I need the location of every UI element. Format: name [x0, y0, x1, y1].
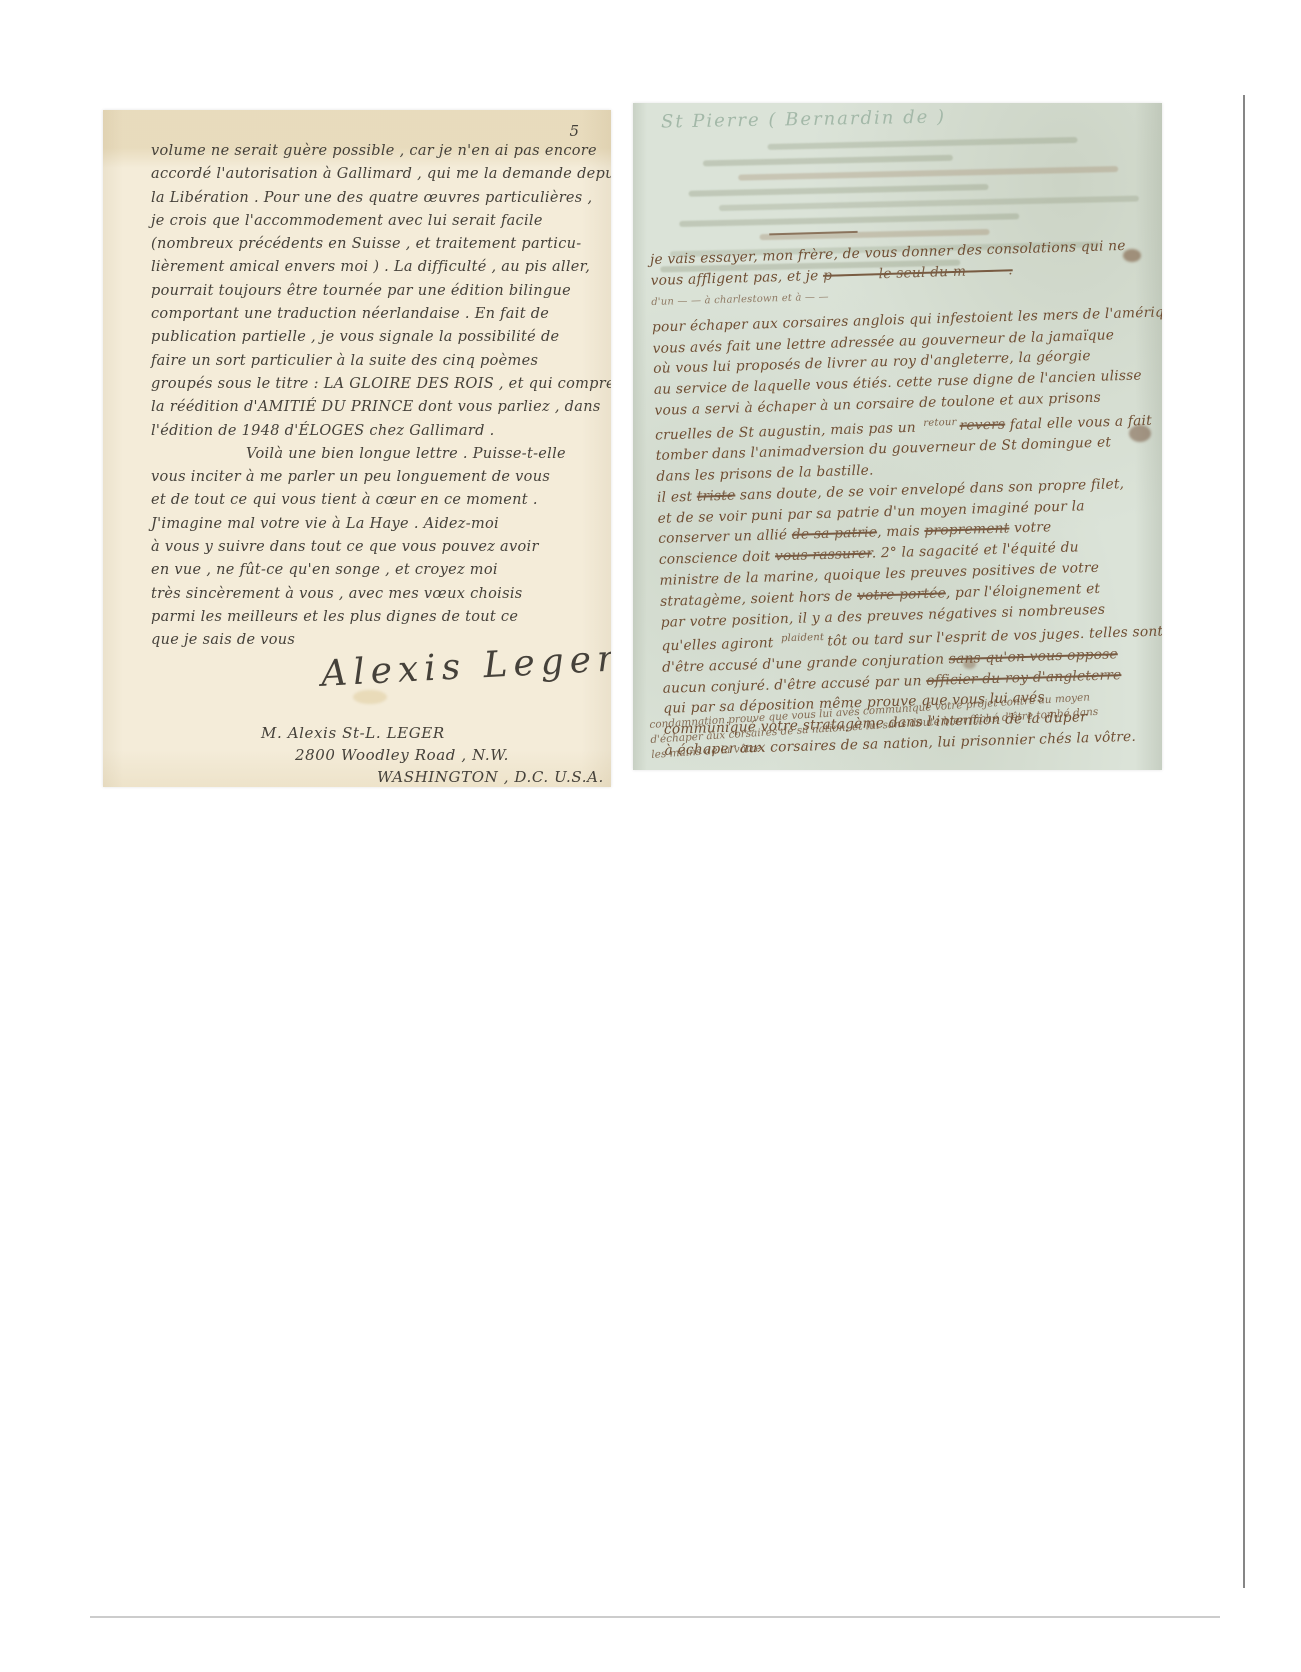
manuscript-line: comportant une traduction néerlandaise .…	[151, 303, 603, 326]
scanned-letters-page: { "colors": { "page_bg": "#ffffff", "pap…	[0, 0, 1301, 1672]
manuscript-line: 2800 Woodley Road , N.W.	[295, 744, 604, 766]
manuscript-text-segment: je crois que l'accommodement avec lui se…	[151, 213, 543, 229]
manuscript-line: WASHINGTON , D.C. U.S.A.	[377, 766, 604, 787]
manuscript-line: en vue , ne fût-ce qu'en songe , et croy…	[151, 559, 603, 582]
manuscript-text-segment: retour	[923, 417, 956, 429]
manuscript-text-segment: revers	[959, 417, 1005, 434]
manuscript-left-page: 5 volume ne serait guère possible , car …	[103, 110, 611, 787]
manuscript-text-segment: et de tout ce qui vous tient à cœur en c…	[151, 492, 538, 508]
manuscript-text-segment: d'un — — à charlestown et à — —	[651, 292, 829, 308]
paper-stain	[353, 690, 387, 704]
manuscript-text-segment: p——— le seul du m———.	[823, 262, 1013, 284]
manuscript-line: pourrait toujours être tournée par une é…	[151, 280, 603, 303]
manuscript-text-segment: triste	[697, 487, 736, 504]
horizontal-divider-line	[90, 1616, 1220, 1618]
ink-stain	[963, 659, 976, 669]
manuscript-text-segment: M. Alexis St-L. LEGER	[261, 724, 445, 742]
bleedthrough-line	[738, 166, 1118, 181]
manuscript-text-segment: il est	[657, 488, 697, 505]
manuscript-line: parmi les meilleurs et les plus dignes d…	[151, 606, 603, 629]
manuscript-text-segment: , par l'éloignement et	[946, 581, 1101, 602]
manuscript-text-segment: J'imagine mal votre vie à La Haye . Aide…	[151, 516, 499, 532]
manuscript-text-segment: que je sais de vous	[151, 632, 295, 648]
manuscript-text-segment: qu'elles agiront	[661, 635, 778, 654]
manuscript-line: la Libération . Pour une des quatre œuvr…	[151, 187, 603, 210]
manuscript-text-segment: WASHINGTON , D.C. U.S.A.	[377, 768, 604, 786]
manuscript-text-segment: la Libération . Pour une des quatre œuvr…	[151, 190, 592, 206]
bleedthrough-line	[768, 137, 1078, 150]
manuscript-line: je crois que l'accommodement avec lui se…	[151, 210, 603, 233]
manuscript-line: accordé l'autorisation à Gallimard , qui…	[151, 163, 603, 186]
manuscript-text-segment: votre portée	[857, 585, 946, 604]
manuscript-text-segment: la réédition d'AMITIÉ DU PRINCE dont vou…	[151, 399, 601, 415]
manuscript-text-segment: vous rassurer	[775, 546, 872, 565]
manuscript-text-segment: très sincèrement à vous , avec mes vœux …	[151, 586, 523, 602]
manuscript-line: publication partielle , je vous signale …	[151, 326, 603, 349]
manuscript-text-segment: conserver un allié	[658, 527, 792, 547]
manuscript-text-segment: volume ne serait guère possible , car je…	[151, 143, 597, 159]
manuscript-text-segment: vous inciter à me parler un peu longueme…	[151, 469, 550, 485]
manuscript-text-segment: 2800 Woodley Road , N.W.	[295, 746, 509, 764]
left-letter-text-block: volume ne serait guère possible , car je…	[151, 140, 603, 653]
manuscript-text-segment: publication partielle , je vous signale …	[151, 329, 559, 345]
manuscript-text-segment: en vue , ne fût-ce qu'en songe , et croy…	[151, 562, 498, 578]
sender-address-block: M. Alexis St-L. LEGER2800 Woodley Road ,…	[261, 722, 604, 787]
manuscript-line: volume ne serait guère possible , car je…	[151, 140, 603, 163]
manuscript-text-segment: officier du roy d'angleterre	[926, 667, 1122, 689]
manuscript-line: à vous y suivre dans tout ce que vous po…	[151, 536, 603, 559]
ink-stain	[1123, 249, 1141, 262]
manuscript-line: J'imagine mal votre vie à La Haye . Aide…	[151, 513, 603, 536]
manuscript-text-segment: , mais	[877, 523, 925, 540]
ink-stain	[1129, 425, 1151, 442]
manuscript-text-segment: votre	[1009, 520, 1051, 537]
manuscript-right-page: St Pierre ( Bernardin de ) — ——— ————je …	[633, 103, 1162, 770]
manuscript-text-segment: plaident	[781, 632, 824, 644]
manuscript-line: et de tout ce qui vous tient à cœur en c…	[151, 489, 603, 512]
manuscript-line: M. Alexis St-L. LEGER	[261, 722, 604, 744]
manuscript-line: vous inciter à me parler un peu longueme…	[151, 466, 603, 489]
manuscript-line: Voilà une bien longue lettre . Puisse-t-…	[151, 443, 603, 466]
manuscript-line: (nombreux précédents en Suisse , et trai…	[151, 233, 603, 256]
manuscript-text-segment: groupés sous le titre : LA GLOIRE DES RO…	[151, 376, 611, 392]
manuscript-text-segment: accordé l'autorisation à Gallimard , qui…	[151, 166, 611, 182]
bleedthrough-line	[689, 184, 989, 197]
manuscript-text-segment: parmi les meilleurs et les plus dignes d…	[151, 609, 518, 625]
manuscript-text-segment: de sa patrie	[792, 525, 878, 544]
manuscript-text-segment: pourrait toujours être tournée par une é…	[151, 283, 571, 299]
manuscript-line: la réédition d'AMITIÉ DU PRINCE dont vou…	[151, 396, 603, 419]
right-letter-text-block: — ——— ————je vais essayer, mon frère, de…	[649, 212, 1162, 762]
archive-header-title: St Pierre ( Bernardin de )	[661, 107, 946, 133]
manuscript-text-segment: comportant une traduction néerlandaise .…	[151, 306, 549, 322]
manuscript-text-segment: faire un sort particulier à la suite des…	[151, 353, 538, 369]
manuscript-text-segment: conscience doit	[659, 549, 776, 568]
manuscript-line: faire un sort particulier à la suite des…	[151, 350, 603, 373]
vertical-divider-line	[1243, 95, 1245, 1588]
manuscript-text-segment: proprement	[924, 521, 1009, 540]
manuscript-text-segment: vous affligent pas, et je	[650, 267, 823, 288]
manuscript-line: lièrement amical envers moi ) . La diffi…	[151, 256, 603, 279]
manuscript-text-segment: — ——— ————	[649, 227, 858, 244]
manuscript-text-segment: lièrement amical envers moi ) . La diffi…	[151, 259, 590, 275]
manuscript-text-segment: stratagème, soient hors de	[660, 588, 857, 610]
manuscript-text-segment: l'édition de 1948 d'ÉLOGES chez Gallimar…	[151, 423, 494, 439]
manuscript-line: groupés sous le titre : LA GLOIRE DES RO…	[151, 373, 603, 396]
bleedthrough-line	[703, 155, 953, 167]
manuscript-text-segment: à vous y suivre dans tout ce que vous po…	[151, 539, 539, 555]
manuscript-text-segment: Voilà une bien longue lettre . Puisse-t-…	[151, 446, 566, 462]
page-number: 5	[569, 122, 579, 140]
manuscript-line: l'édition de 1948 d'ÉLOGES chez Gallimar…	[151, 420, 603, 443]
manuscript-line: très sincèrement à vous , avec mes vœux …	[151, 583, 603, 606]
manuscript-text-segment: (nombreux précédents en Suisse , et trai…	[151, 236, 581, 252]
bleedthrough-line	[719, 196, 1139, 212]
